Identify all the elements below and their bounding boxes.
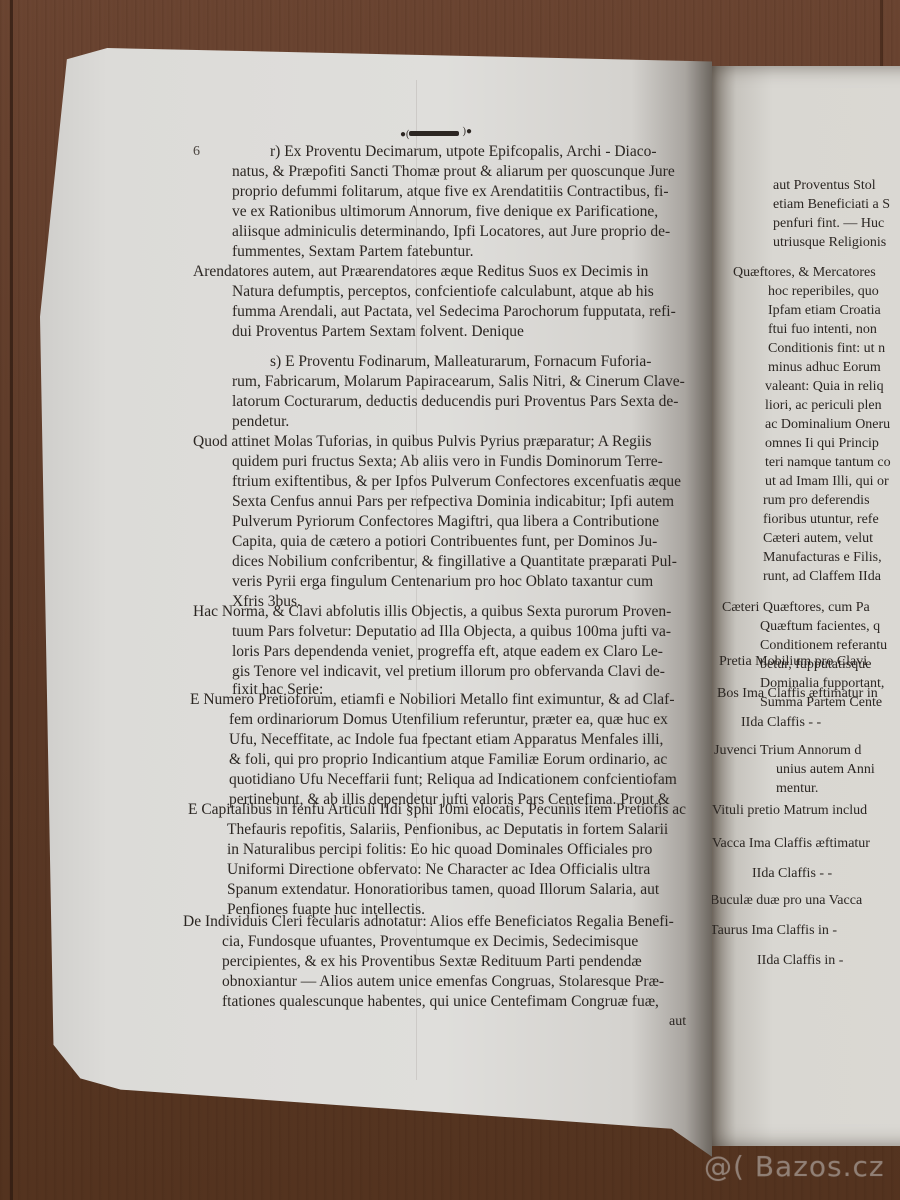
text-line: proprio defummi folitarum, atque five ex… bbox=[232, 182, 668, 202]
text-line: Manufacturas e Filis, bbox=[763, 548, 882, 568]
text-line: in Naturalibus percipi folitis: Eo hic q… bbox=[227, 840, 652, 860]
text-line: dui Proventus Partem Sextam folvent. Den… bbox=[232, 322, 524, 342]
wood-board-seam bbox=[880, 0, 883, 70]
text-line: Uniformi Directione obfervato: Ne Charac… bbox=[227, 860, 650, 880]
text-line: E Capitalibus in fenfu Articuli IIdi §ph… bbox=[188, 800, 686, 820]
text-line: Natura defumptis, perceptos, confcientio… bbox=[232, 282, 654, 302]
watermark: @( Bazos.cz bbox=[704, 1150, 885, 1183]
text-line: quotidiano Ufu Neceffarii funt; Reliqua … bbox=[229, 770, 677, 790]
text-line: Buculæ duæ pro una Vacca bbox=[710, 891, 862, 911]
text-line: Vituli pretio Matrum includ bbox=[712, 801, 867, 821]
text-line: Cæteri autem, velut bbox=[763, 529, 873, 549]
text-line: hoc reperibiles, quo bbox=[768, 282, 879, 302]
text-line: fioribus utuntur, refe bbox=[763, 510, 879, 530]
text-line: obnoxiantur — Alios autem unice emenfas … bbox=[222, 972, 664, 992]
text-line: fumma Arendali, aut Pactata, vel Sedecim… bbox=[232, 302, 676, 322]
text-line: Hac Norma, & Clavi abfolutis illis Objec… bbox=[193, 602, 671, 622]
text-line: pendetur. bbox=[232, 412, 289, 432]
text-line: fummentes, Sextam Partem fatebuntur. bbox=[232, 242, 473, 262]
text-line: s) E Proventu Fodinarum, Malleaturarum, … bbox=[270, 352, 651, 372]
text-line: Conditionis fint: ut n bbox=[768, 339, 885, 359]
text-line: Quod attinet Molas Tuforias, in quibus P… bbox=[193, 432, 652, 452]
text-line: r) Ex Proventu Decimarum, utpote Epifcop… bbox=[270, 142, 657, 162]
text-line: dices Nobilium confcribentur, & fingilla… bbox=[232, 552, 677, 572]
text-line: Spanum extendatur. Honoratioribus tamen,… bbox=[227, 880, 659, 900]
text-line: Taurus Ima Claffis in - bbox=[710, 921, 837, 941]
text-line: utriusque Religionis bbox=[773, 233, 886, 253]
text-line: rum pro deferendis bbox=[763, 491, 870, 511]
text-line: Sexta Cenfus annui Pars per refpectiva D… bbox=[232, 492, 674, 512]
text-line: teri namque tantum co bbox=[765, 453, 891, 473]
text-line: liori, ac periculi plen bbox=[765, 396, 882, 416]
wood-board-seam bbox=[10, 0, 13, 1200]
text-line: natus, & Præpofiti Sancti Thomæ prout & … bbox=[232, 162, 675, 182]
catchword: aut bbox=[669, 1012, 686, 1032]
text-line: etiam Beneficiati a S bbox=[773, 195, 890, 215]
text-line: Ufu, Neceffitate, ac Indole fua fpectant… bbox=[229, 730, 663, 750]
text-line: rum, Fabricarum, Molarum Papiracearum, S… bbox=[232, 372, 685, 392]
text-line: latorum Cocturarum, deductis deducendis … bbox=[232, 392, 678, 412]
text-line: aut Proventus Stol bbox=[773, 176, 876, 196]
text-line: veris Pyrii erga fingulum Centenarium pr… bbox=[232, 572, 653, 592]
text-line: Quæftores, & Mercatores bbox=[733, 263, 876, 283]
text-line: tuum Pars folvetur: Deputatio ad Illa Ob… bbox=[232, 622, 671, 642]
text-line: unius autem Anni bbox=[776, 760, 875, 780]
text-line: Arendatores autem, aut Præarendatores æq… bbox=[193, 262, 648, 282]
page-number: 6 bbox=[193, 144, 200, 160]
text-line: fem ordinariorum Domus Utenfilium referu… bbox=[229, 710, 668, 730]
text-line: Bos Ima Claffis æftimatur in bbox=[717, 684, 878, 704]
text-line: ftrium exiftentibus, & per Ipfos Pulveru… bbox=[232, 472, 681, 492]
text-line: mentur. bbox=[776, 779, 818, 799]
text-line: aliisque adminiculis determinando, Ipfi … bbox=[232, 222, 670, 242]
text-line: percipientes, & ex his Proventibus Sextæ… bbox=[222, 952, 642, 972]
text-line: gis Tenore vel indicavit, vel pretium il… bbox=[232, 662, 665, 682]
text-line: & foli, qui pro proprio Indicantium atqu… bbox=[229, 750, 667, 770]
text-line: ftui fuo intenti, non bbox=[768, 320, 877, 340]
text-line: ut ad Imam Illi, qui or bbox=[765, 472, 889, 492]
text-line: Vacca Ima Claffis æftimatur bbox=[712, 834, 870, 854]
printer-ornament-icon: ●()● bbox=[400, 129, 472, 139]
text-line: Juvenci Trium Annorum d bbox=[714, 741, 861, 761]
text-line: loris Pars dependenda veniet, progreffa … bbox=[232, 642, 663, 662]
text-line: ac Dominalium Oneru bbox=[765, 415, 890, 435]
text-line: quidem puri fructus Sexta; Ab aliis vero… bbox=[232, 452, 663, 472]
text-line: IIda Claffis - - bbox=[741, 713, 821, 733]
text-line: Cæteri Quæftores, cum Pa bbox=[722, 598, 870, 618]
text-line: IIda Claffis - - bbox=[752, 864, 832, 884]
text-line: ve ex Rationibus ultimorum Annorum, five… bbox=[232, 202, 658, 222]
text-line: runt, ad Claffem IIda bbox=[763, 567, 881, 587]
text-line: Thefauris repofitis, Salariis, Penfionib… bbox=[227, 820, 668, 840]
text-line: ftationes qualescunque habentes, qui uni… bbox=[222, 992, 659, 1012]
text-line: valeant: Quia in reliq bbox=[765, 377, 884, 397]
text-line: Pretia Mobilium pro Clavi bbox=[719, 652, 867, 672]
text-line: omnes Ii qui Princip bbox=[765, 434, 879, 454]
text-line: cia, Fundosque ufuantes, Proventumque ex… bbox=[222, 932, 638, 952]
text-line: De Individuis Cleri fecularis adnotatur:… bbox=[183, 912, 674, 932]
text-line: IIda Claffis in - bbox=[757, 951, 843, 971]
text-line: penfuri fint. — Huc bbox=[773, 214, 884, 234]
text-line: Quæftum facientes, q bbox=[760, 617, 880, 637]
text-line: Pulverum Pyriorum Confectores Magiftri, … bbox=[232, 512, 659, 532]
text-line: minus adhuc Eorum bbox=[768, 358, 881, 378]
text-line: E Numero Pretioforum, etiamfi e Nobilior… bbox=[190, 690, 675, 710]
text-line: Capita, quia de cætero a potiori Contrib… bbox=[232, 532, 657, 552]
text-line: Ipfam etiam Croatia bbox=[768, 301, 881, 321]
